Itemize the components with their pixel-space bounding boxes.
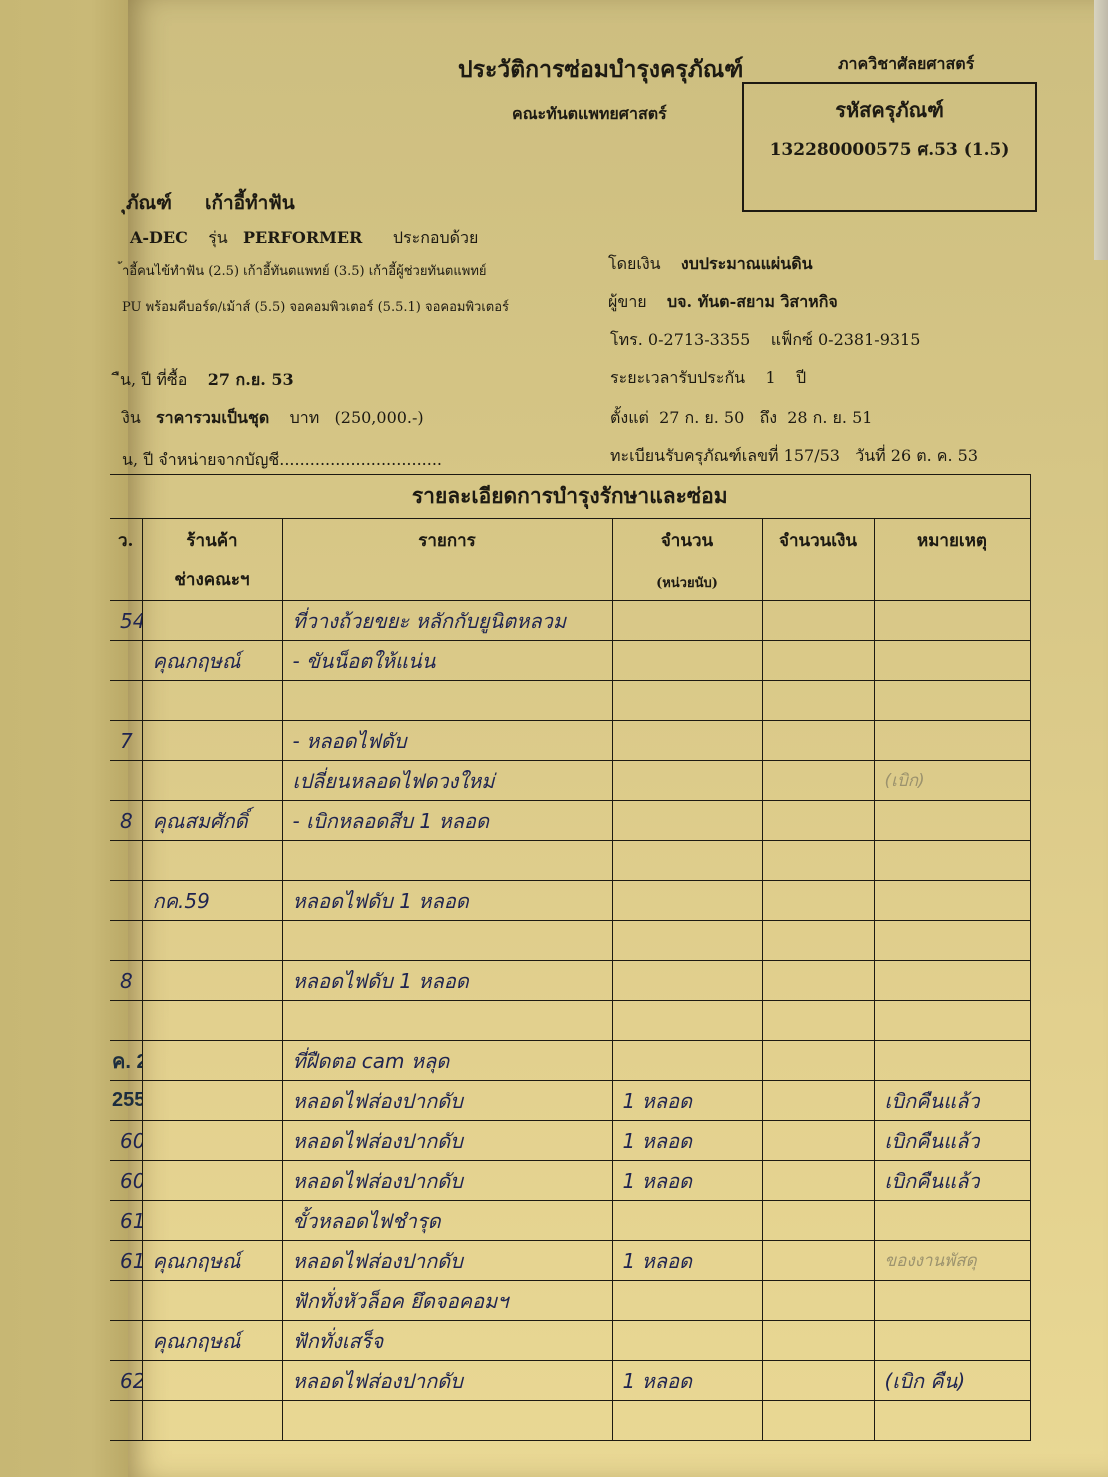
cell-date bbox=[110, 1281, 142, 1321]
model-value: PERFORMER bbox=[243, 228, 362, 247]
cell-amount bbox=[762, 601, 874, 641]
cell-amount bbox=[762, 881, 874, 921]
cell-qty bbox=[612, 641, 762, 681]
faculty-label: คณะทันตแพทยศาสตร์ bbox=[512, 102, 667, 127]
cell-item bbox=[282, 921, 612, 961]
cell-amount bbox=[762, 1361, 874, 1401]
cell-qty: 1 หลอด bbox=[612, 1361, 762, 1401]
cell-date bbox=[110, 1321, 142, 1361]
cell-remark bbox=[874, 841, 1030, 881]
department-label: ภาควิชาศัลยศาสตร์ bbox=[838, 52, 974, 77]
cell-remark: (เบิก) bbox=[874, 761, 1030, 801]
seller: ผู้ขาย บจ. ทันต-สยาม วิสาหกิจ bbox=[608, 290, 838, 315]
cell-item: ที่ฝืดตอ cam หลุด bbox=[282, 1041, 612, 1081]
warranty-from-value: 27 ก. ย. 50 bbox=[659, 408, 744, 427]
cell-qty: 1 หลอด bbox=[612, 1121, 762, 1161]
col-qty-unit: (หน่วยนับ) bbox=[613, 572, 762, 593]
cell-shop bbox=[142, 681, 282, 721]
equipment-code-value: 132280000575 ศ.53 (1.5) bbox=[744, 136, 1035, 163]
model-label: รุ่น bbox=[208, 228, 228, 247]
cell-item: หลอดไฟส่องปากดับ bbox=[282, 1161, 612, 1201]
cell-remark bbox=[874, 1281, 1030, 1321]
cell-date bbox=[110, 841, 142, 881]
cell-shop bbox=[142, 1361, 282, 1401]
cell-item bbox=[282, 1401, 612, 1441]
cell-date: 8 bbox=[110, 961, 142, 1001]
registry-number: 157/53 bbox=[784, 446, 840, 465]
cell-item bbox=[282, 1001, 612, 1041]
col-qty-label: จำนวน bbox=[661, 531, 713, 551]
cell-item: ที่วางถ้วยขยะ หลักกับยูนิตหลวม bbox=[282, 601, 612, 641]
cell-qty: 1 หลอด bbox=[612, 1161, 762, 1201]
funding: โดยเงิน งบประมาณแผ่นดิน bbox=[608, 252, 813, 277]
cell-amount bbox=[762, 1001, 874, 1041]
phone-value: 0-2713-3355 bbox=[648, 330, 750, 349]
cell-remark: เบิกคืนแล้ว bbox=[874, 1121, 1030, 1161]
cell-amount bbox=[762, 1201, 874, 1241]
table-row: ฟักทั่งหัวล็อค ยึดจอคอมฯ bbox=[110, 1281, 1030, 1321]
cell-shop bbox=[142, 601, 282, 641]
fax-value: 0-2381-9315 bbox=[818, 330, 920, 349]
cell-qty: 1 หลอด bbox=[612, 1241, 762, 1281]
cell-item: หลอดไฟดับ 1 หลอด bbox=[282, 961, 612, 1001]
funding-label: โดยเงิน bbox=[608, 254, 661, 273]
table-row: 60หลอดไฟส่องปากดับ1 หลอดเบิกคืนแล้ว bbox=[110, 1161, 1030, 1201]
cell-remark bbox=[874, 921, 1030, 961]
registry-date-value: 26 ต. ค. 53 bbox=[891, 446, 978, 465]
cell-shop bbox=[142, 761, 282, 801]
cell-qty bbox=[612, 1281, 762, 1321]
cell-date: 60 bbox=[110, 1161, 142, 1201]
cell-amount bbox=[762, 1321, 874, 1361]
cell-remark bbox=[874, 601, 1030, 641]
table-row: 54ที่วางถ้วยขยะ หลักกับยูนิตหลวม bbox=[110, 601, 1030, 641]
table-row: 7- หลอดไฟดับ bbox=[110, 721, 1030, 761]
cell-item: หลอดไฟส่องปากดับ bbox=[282, 1121, 612, 1161]
table-row bbox=[110, 1401, 1030, 1441]
cell-qty bbox=[612, 761, 762, 801]
cell-item: - ขันน็อตให้แน่น bbox=[282, 641, 612, 681]
table-row: ค. 2559ที่ฝืดตอ cam หลุด bbox=[110, 1041, 1030, 1081]
table-row: 8คุณสมศักดิ์- เบิกหลอดสีบ 1 หลอด bbox=[110, 801, 1030, 841]
cell-remark bbox=[874, 1041, 1030, 1081]
cell-item: หลอดไฟดับ 1 หลอด bbox=[282, 881, 612, 921]
adjacent-page-edge bbox=[1094, 0, 1108, 260]
cell-date bbox=[110, 681, 142, 721]
cell-qty bbox=[612, 1401, 762, 1441]
purchase-date: ืน, ปี ที่ซื้อ 27 ก.ย. 53 bbox=[120, 368, 294, 393]
table-row: คุณกฤษณ์ฟักทั่งเสร็จ bbox=[110, 1321, 1030, 1361]
cell-amount bbox=[762, 1081, 874, 1121]
cell-qty bbox=[612, 841, 762, 881]
warranty-to-value: 28 ก. ย. 51 bbox=[787, 408, 872, 427]
cell-amount bbox=[762, 921, 874, 961]
cell-item: หลอดไฟส่องปากดับ bbox=[282, 1361, 612, 1401]
table-row: 61ขั้วหลอดไฟชำรุด bbox=[110, 1201, 1030, 1241]
table-row: 61คุณกฤษณ์หลอดไฟส่องปากดับ1 หลอดของงานพั… bbox=[110, 1241, 1030, 1281]
cell-qty bbox=[612, 1001, 762, 1041]
cell-shop bbox=[142, 1161, 282, 1201]
cell-item bbox=[282, 841, 612, 881]
warranty-label: ระยะเวลารับประกัน bbox=[610, 368, 745, 387]
cell-qty bbox=[612, 601, 762, 641]
brand-value: A-DEC bbox=[130, 228, 188, 247]
warranty-to-label: ถึง bbox=[760, 408, 778, 427]
cell-remark bbox=[874, 1001, 1030, 1041]
registry: ทะเบียนรับครุภัณฑ์เลขที่ 157/53 วันที่ 2… bbox=[610, 444, 978, 469]
col-shop: ร้านค้า ช่างคณะฯ bbox=[142, 519, 282, 601]
cell-qty bbox=[612, 801, 762, 841]
price: งิน ราคารวมเป็นชุด บาท (250,000.-) bbox=[122, 406, 424, 431]
cell-date: 61 bbox=[110, 1241, 142, 1281]
cell-qty bbox=[612, 1321, 762, 1361]
cell-shop: คุณสมศักดิ์ bbox=[142, 801, 282, 841]
cell-remark bbox=[874, 801, 1030, 841]
cell-amount bbox=[762, 721, 874, 761]
cell-amount bbox=[762, 961, 874, 1001]
disposal-label: น, ปี จำหน่ายจากบัญชี bbox=[122, 450, 279, 469]
warranty-period: ระยะเวลารับประกัน 1 ปี bbox=[610, 366, 806, 391]
cell-amount bbox=[762, 841, 874, 881]
cell-item: เปลี่ยนหลอดไฟดวงใหม่ bbox=[282, 761, 612, 801]
equipment-type-label: ุภัณฑ์ bbox=[126, 192, 172, 214]
cell-item: ฟักทั่งเสร็จ bbox=[282, 1321, 612, 1361]
cell-item: ฟักทั่งหัวล็อค ยึดจอคอมฯ bbox=[282, 1281, 612, 1321]
price-currency: บาท bbox=[290, 408, 320, 427]
cell-qty bbox=[612, 881, 762, 921]
table-row: 62หลอดไฟส่องปากดับ1 หลอด(เบิก คืน) bbox=[110, 1361, 1030, 1401]
funding-value: งบประมาณแผ่นดิน bbox=[681, 254, 813, 273]
col-shop-line1: ร้านค้า bbox=[186, 531, 237, 551]
table-row bbox=[110, 681, 1030, 721]
cell-date: 8 bbox=[110, 801, 142, 841]
cell-qty: 1 หลอด bbox=[612, 1081, 762, 1121]
cell-item: ขั้วหลอดไฟชำรุด bbox=[282, 1201, 612, 1241]
table-caption: รายละเอียดการบำรุงรักษาและซ่อม bbox=[110, 475, 1030, 519]
table-row bbox=[110, 1001, 1030, 1041]
cell-amount bbox=[762, 1401, 874, 1441]
cell-shop bbox=[142, 1201, 282, 1241]
cell-qty bbox=[612, 1041, 762, 1081]
cell-item: - หลอดไฟดับ bbox=[282, 721, 612, 761]
disposal-date: น, ปี จำหน่ายจากบัญชี...................… bbox=[122, 448, 442, 473]
cell-amount bbox=[762, 1241, 874, 1281]
cell-shop bbox=[142, 1281, 282, 1321]
consists-of-label: ประกอบด้วย bbox=[393, 228, 479, 247]
components-line-2: PU พร้อมคีบอร์ด/เม้าส์ (5.5) จอคอมพิวเตอ… bbox=[122, 296, 509, 317]
col-remark: หมายเหตุ bbox=[874, 519, 1030, 601]
page-title: ประวัติการซ่อมบำรุงครุภัณฑ์ bbox=[458, 52, 743, 88]
maintenance-table: รายละเอียดการบำรุงรักษาและซ่อม ว. ร้านค้… bbox=[110, 474, 1031, 1441]
cell-shop bbox=[142, 841, 282, 881]
cell-amount bbox=[762, 1161, 874, 1201]
cell-amount bbox=[762, 641, 874, 681]
equipment-type-value: เก้าอี้ทำฟัน bbox=[205, 192, 295, 214]
warranty-from-label: ตั้งแต่ bbox=[610, 408, 649, 427]
seller-label: ผู้ขาย bbox=[608, 292, 647, 311]
cell-remark bbox=[874, 721, 1030, 761]
cell-date bbox=[110, 641, 142, 681]
cell-date bbox=[110, 921, 142, 961]
cell-shop bbox=[142, 961, 282, 1001]
table-row: กค.59หลอดไฟดับ 1 หลอด bbox=[110, 881, 1030, 921]
cell-shop bbox=[142, 1401, 282, 1441]
equipment-code-label: รหัสครุภัณฑ์ bbox=[744, 94, 1035, 126]
table-row bbox=[110, 921, 1030, 961]
equipment-code-box: รหัสครุภัณฑ์ 132280000575 ศ.53 (1.5) bbox=[742, 82, 1037, 212]
cell-remark: เบิกคืนแล้ว bbox=[874, 1161, 1030, 1201]
cell-remark bbox=[874, 681, 1030, 721]
cell-shop: คุณกฤษณ์ bbox=[142, 641, 282, 681]
cell-amount bbox=[762, 681, 874, 721]
warranty-unit: ปี bbox=[796, 368, 806, 387]
cell-shop bbox=[142, 721, 282, 761]
cell-amount bbox=[762, 1121, 874, 1161]
cell-qty bbox=[612, 1201, 762, 1241]
cell-date: ค. 2559 bbox=[110, 1041, 142, 1081]
equipment-brand-model: A-DEC รุ่น PERFORMER ประกอบด้วย bbox=[130, 226, 478, 251]
disposal-value: ................................ bbox=[279, 450, 442, 469]
cell-amount bbox=[762, 801, 874, 841]
cell-date: 61 bbox=[110, 1201, 142, 1241]
equipment-type: ุภัณฑ์ เก้าอี้ทำฟัน bbox=[126, 188, 295, 218]
col-item: รายการ bbox=[282, 519, 612, 601]
col-date: ว. bbox=[110, 519, 142, 601]
cell-item: - เบิกหลอดสีบ 1 หลอด bbox=[282, 801, 612, 841]
fax-label: แฟ็กซ์ bbox=[771, 330, 813, 349]
cell-shop: คุณกฤษณ์ bbox=[142, 1321, 282, 1361]
cell-qty bbox=[612, 921, 762, 961]
cell-remark: ของงานพัสดุ bbox=[874, 1241, 1030, 1281]
cell-qty bbox=[612, 681, 762, 721]
table-row: เปลี่ยนหลอดไฟดวงใหม่(เบิก) bbox=[110, 761, 1030, 801]
cell-shop: คุณกฤษณ์ bbox=[142, 1241, 282, 1281]
cell-date bbox=[110, 1401, 142, 1441]
cell-shop bbox=[142, 1041, 282, 1081]
cell-date bbox=[110, 1001, 142, 1041]
cell-item: หลอดไฟส่องปากดับ bbox=[282, 1241, 612, 1281]
seller-value: บจ. ทันต-สยาม วิสาหกิจ bbox=[667, 292, 838, 311]
purchase-date-value: 27 ก.ย. 53 bbox=[208, 370, 294, 389]
table-row: คุณกฤษณ์- ขันน็อตให้แน่น bbox=[110, 641, 1030, 681]
cell-amount bbox=[762, 761, 874, 801]
cell-date bbox=[110, 881, 142, 921]
cell-shop bbox=[142, 1121, 282, 1161]
cell-date: 2559 bbox=[110, 1081, 142, 1121]
cell-remark bbox=[874, 1321, 1030, 1361]
price-desc: ราคารวมเป็นชุด bbox=[156, 408, 269, 427]
cell-remark: (เบิก คืน) bbox=[874, 1361, 1030, 1401]
components-line-1: ้าอี้คนไข้ทำฟัน (2.5) เก้าอี้ทันตแพทย์ (… bbox=[122, 260, 487, 281]
registry-date-label: วันที่ bbox=[855, 446, 885, 465]
cell-remark bbox=[874, 961, 1030, 1001]
cell-shop bbox=[142, 1081, 282, 1121]
cell-shop bbox=[142, 921, 282, 961]
cell-remark bbox=[874, 881, 1030, 921]
cell-qty bbox=[612, 721, 762, 761]
col-shop-line2: ช่างคณะฯ bbox=[143, 566, 282, 593]
warranty-value: 1 bbox=[765, 368, 775, 387]
col-amount: จำนวนเงิน bbox=[762, 519, 874, 601]
registry-label: ทะเบียนรับครุภัณฑ์เลขที่ bbox=[610, 446, 779, 465]
cell-item: หลอดไฟส่องปากดับ bbox=[282, 1081, 612, 1121]
contact: โทร. 0-2713-3355 แฟ็กซ์ 0-2381-9315 bbox=[610, 328, 920, 353]
price-label: งิน bbox=[122, 408, 141, 427]
cell-date: 54 bbox=[110, 601, 142, 641]
cell-date: 62 bbox=[110, 1361, 142, 1401]
cell-date: 60 bbox=[110, 1121, 142, 1161]
purchase-date-label: ืน, ปี ที่ซื้อ bbox=[120, 370, 187, 389]
cell-date bbox=[110, 761, 142, 801]
col-qty: จำนวน (หน่วยนับ) bbox=[612, 519, 762, 601]
cell-remark bbox=[874, 641, 1030, 681]
price-value: (250,000.-) bbox=[335, 408, 424, 427]
cell-qty bbox=[612, 961, 762, 1001]
cell-amount bbox=[762, 1281, 874, 1321]
cell-remark bbox=[874, 1201, 1030, 1241]
cell-amount bbox=[762, 1041, 874, 1081]
table-row bbox=[110, 841, 1030, 881]
phone-label: โทร. bbox=[610, 330, 643, 349]
cell-shop: กค.59 bbox=[142, 881, 282, 921]
warranty-range: ตั้งแต่ 27 ก. ย. 50 ถึง 28 ก. ย. 51 bbox=[610, 406, 872, 431]
table-row: 60หลอดไฟส่องปากดับ1 หลอดเบิกคืนแล้ว bbox=[110, 1121, 1030, 1161]
cell-item bbox=[282, 681, 612, 721]
cell-date: 7 bbox=[110, 721, 142, 761]
table-row: 2559หลอดไฟส่องปากดับ1 หลอดเบิกคืนแล้ว bbox=[110, 1081, 1030, 1121]
cell-remark bbox=[874, 1401, 1030, 1441]
cell-shop bbox=[142, 1001, 282, 1041]
table-row: 8หลอดไฟดับ 1 หลอด bbox=[110, 961, 1030, 1001]
cell-remark: เบิกคืนแล้ว bbox=[874, 1081, 1030, 1121]
